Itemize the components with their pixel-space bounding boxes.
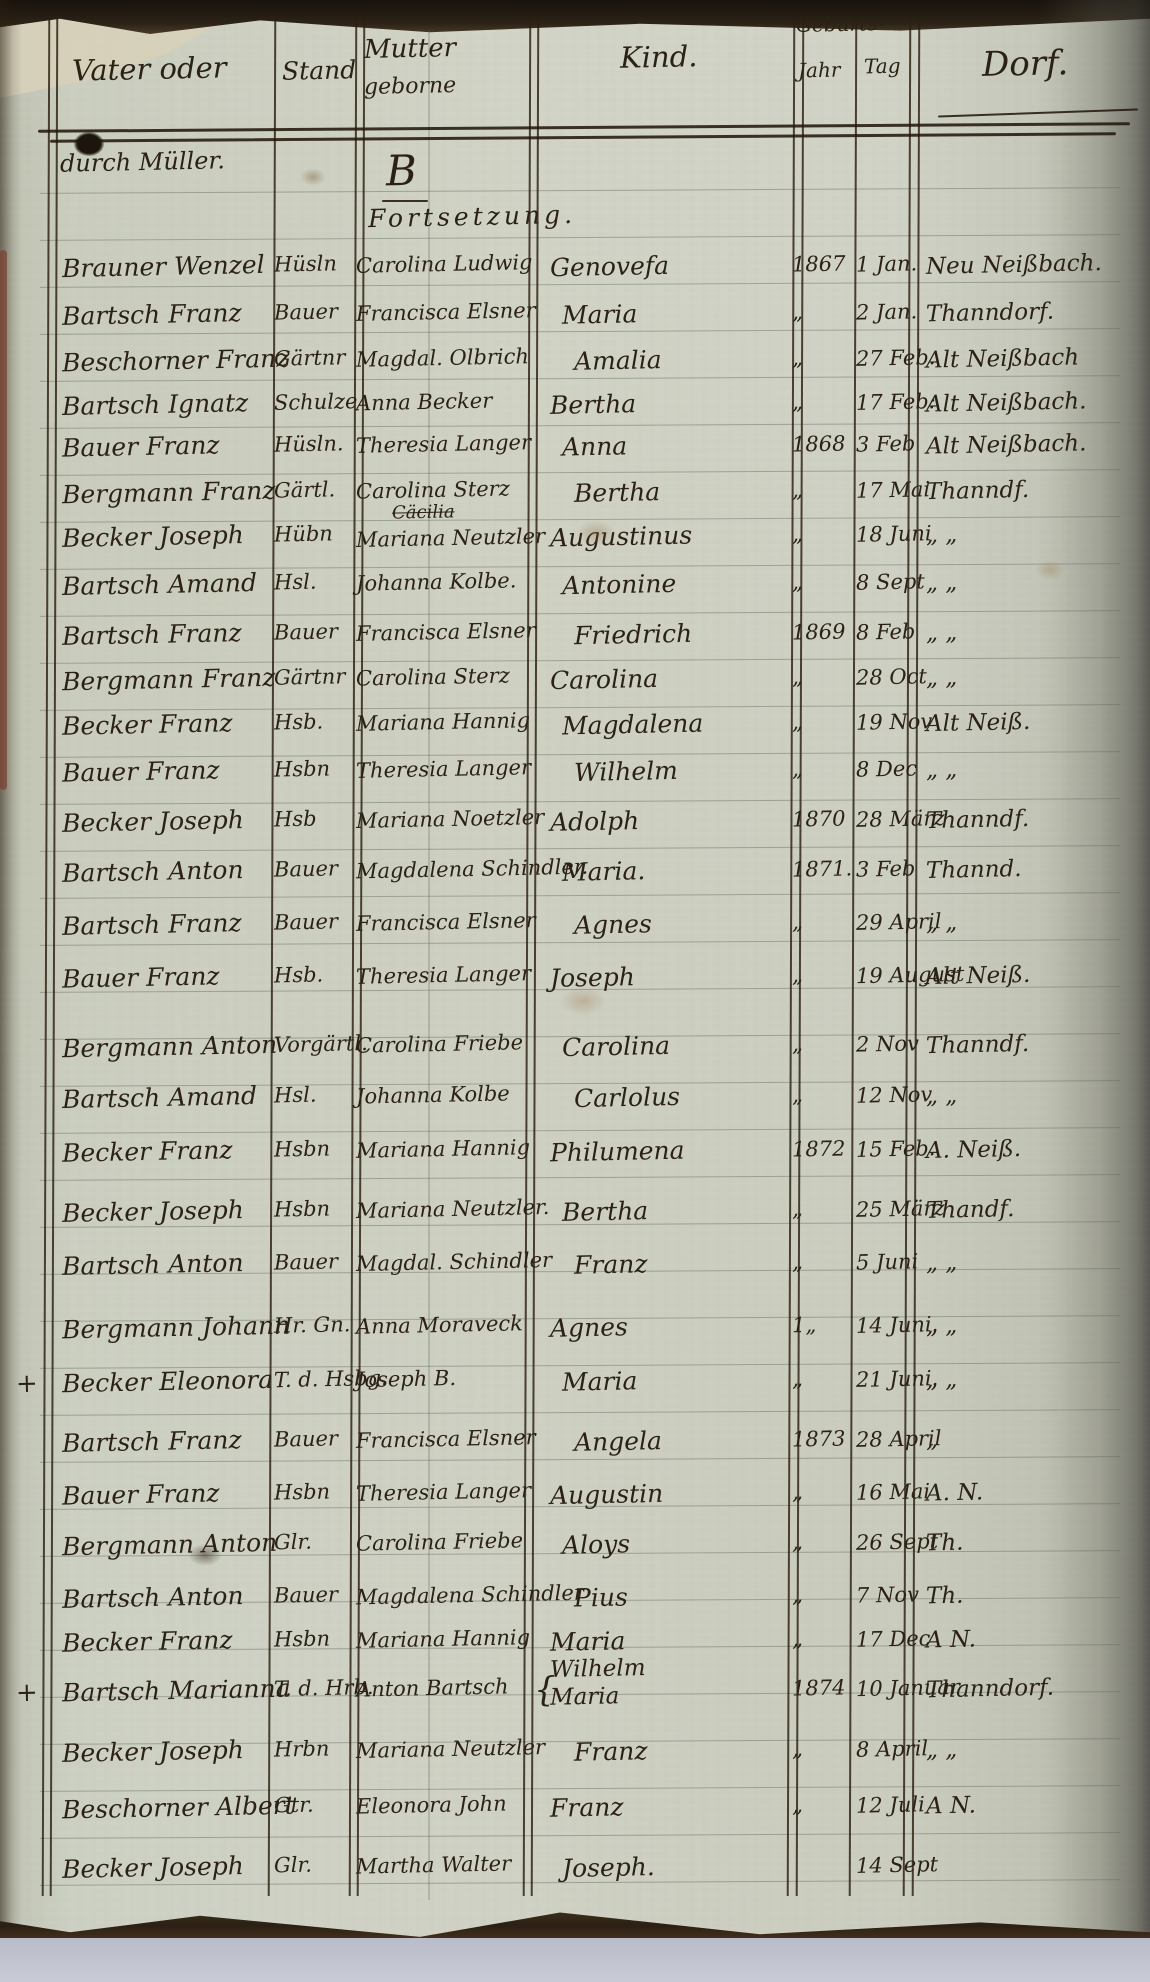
birth-year: 1870 — [792, 806, 846, 831]
village-name: Thanndorf. — [926, 299, 1055, 328]
mother-maiden-name: Theresia Langer — [356, 755, 531, 783]
birth-year: „ — [792, 1480, 803, 1504]
birth-year: „ — [792, 1197, 803, 1221]
mother-maiden-name: Francisca Elsner — [356, 298, 536, 326]
father-name: Becker Franz — [62, 1135, 233, 1168]
column-label-birth: Geburts- — [796, 11, 885, 37]
stand-abbreviation: Gärtnr — [274, 345, 346, 370]
village-name: A N. — [926, 1792, 976, 1819]
mother-maiden-name: Carolina Sterz — [356, 476, 510, 503]
father-name: Bartsch Franz — [62, 908, 242, 941]
stand-abbreviation: Bauer — [274, 299, 338, 324]
father-name: Bauer Franz — [62, 1478, 220, 1510]
stand-abbreviation: Vorgärtl. — [274, 1031, 368, 1057]
birth-year: „ — [792, 1627, 803, 1651]
child-name: Maria — [562, 299, 638, 330]
birth-year: „ — [792, 1250, 803, 1274]
birth-day: 19 Nov — [856, 709, 933, 735]
village-name: Neu Neißbach. — [926, 250, 1102, 280]
village-name: „ „ — [926, 1083, 958, 1110]
village-name: Thanndf. — [926, 806, 1030, 834]
father-name: Becker Joseph — [62, 1735, 244, 1768]
mother-name-struck: Cäcilia — [392, 501, 455, 523]
village-name: Alt Neiß. — [926, 962, 1031, 990]
mother-maiden-name: Mariana Hannig — [356, 708, 531, 736]
stand-abbreviation: Gärtl. — [274, 477, 336, 502]
birth-day: 27 Feb. — [856, 345, 936, 371]
birth-year: 1867 — [792, 251, 846, 276]
village-name: Th. — [926, 1530, 964, 1557]
column-label-father: Vater oder — [72, 50, 227, 87]
stand-abbreviation: Hsbn — [274, 1626, 331, 1651]
birth-year: 1874 — [792, 1675, 846, 1700]
father-name: Bartsch Ignatz — [62, 388, 249, 421]
birth-day: 3 Feb — [856, 856, 916, 881]
birth-year: „ — [792, 1032, 803, 1056]
father-name: Becker Eleonora — [62, 1365, 274, 1398]
child-name: Agnes — [574, 909, 652, 940]
child-name: Anna — [562, 431, 628, 461]
child-name: Bertha — [562, 1196, 649, 1227]
village-name: Thandf. — [926, 1196, 1015, 1224]
birth-day: 28 Oct — [856, 664, 927, 689]
village-name: „ „ — [926, 1367, 958, 1394]
village-name: Alt Neißbach. — [926, 430, 1087, 459]
birth-day: 8 Dec — [856, 756, 918, 781]
mother-maiden-name: Mariana Hannig — [356, 1135, 531, 1163]
mother-maiden-name: Anna Moraveck — [356, 1311, 523, 1338]
column-label-day: Tag — [864, 54, 901, 79]
child-name: Joseph. — [562, 1852, 655, 1883]
mother-maiden-name: Francisca Elsner — [356, 908, 536, 936]
child-name: Genovefa — [550, 251, 670, 282]
mother-maiden-name: Francisca Elsner — [356, 618, 536, 646]
village-name: A. Neiß. — [926, 1136, 1022, 1164]
father-name: Becker Joseph — [62, 805, 244, 838]
mother-maiden-name: Mariana Hannig — [356, 1625, 531, 1653]
stand-abbreviation: Hsbn — [274, 1479, 331, 1504]
child-name: Carolina — [562, 1031, 671, 1062]
stand-abbreviation: Hsbn — [274, 756, 331, 781]
column-label-year: Jahr — [798, 58, 841, 83]
mother-maiden-name: Mariana Neutzler — [356, 1735, 545, 1763]
birth-year: 1872 — [792, 1136, 846, 1161]
child-name: Maria — [562, 1366, 638, 1397]
village-name: Th. — [926, 1583, 964, 1610]
mother-maiden-name: Theresia Langer — [356, 1478, 531, 1506]
mother-maiden-name: Johanna Kolbe — [356, 1081, 510, 1108]
village-name: „ „ — [926, 1250, 958, 1277]
stand-abbreviation: Hsb. — [274, 709, 324, 734]
village-name: „ „ — [926, 1737, 958, 1764]
mother-maiden-name: Mariana Noetzler — [356, 805, 545, 833]
child-name: Agnes — [550, 1312, 628, 1343]
mother-maiden-name: Joseph B. — [356, 1366, 457, 1392]
child-name: Maria — [550, 1626, 626, 1657]
father-name: Bergmann Anton — [62, 1030, 278, 1064]
father-name: Becker Joseph — [62, 1195, 244, 1228]
father-name: Beschorner Franz — [62, 344, 290, 378]
village-name: Thannd. — [926, 856, 1022, 884]
child-name: Franz — [574, 1249, 648, 1280]
child-name: Philumena — [550, 1136, 685, 1168]
stand-abbreviation: Hübn — [274, 521, 333, 546]
father-name: Brauner Wenzel — [62, 250, 265, 283]
father-name: Bergmann Anton — [62, 1528, 278, 1562]
spine-red-streak — [0, 250, 7, 790]
stand-abbreviation: Bauer — [274, 856, 338, 881]
father-name: Bauer Franz — [62, 961, 220, 993]
child-name: Bertha — [550, 389, 637, 420]
stand-abbreviation: Hsb. — [274, 962, 324, 987]
birth-year: „ — [792, 522, 803, 546]
village-name: Alt Neißbach. — [926, 388, 1087, 417]
birth-day: 8 April — [856, 1736, 929, 1762]
stand-abbreviation: Bauer — [274, 1582, 338, 1607]
father-name: Bergmann Franz — [62, 476, 276, 509]
birth-year: 1871. — [792, 856, 853, 881]
birth-day: 12 Juli — [856, 1792, 925, 1817]
father-name: Bartsch Anton — [62, 1581, 244, 1614]
child-name: Adolph — [550, 806, 640, 837]
village-name: „ „ — [926, 522, 958, 549]
column-label-mother: Mutter — [364, 33, 457, 65]
desk-surface — [0, 1938, 1150, 1982]
column-label-village: Dorf. — [982, 43, 1069, 85]
mother-maiden-name: Carolina Ludwig — [356, 250, 533, 278]
birth-year: „ — [792, 1793, 803, 1817]
birth-year: 1868 — [792, 431, 846, 456]
mother-maiden-name: Carolina Sterz — [356, 663, 510, 690]
birth-year: „ — [792, 1367, 803, 1391]
stand-abbreviation: Hüsln — [274, 251, 337, 276]
father-name: Becker Joseph — [62, 1851, 244, 1884]
birth-day: 14 Sept — [856, 1852, 939, 1878]
stand-abbreviation: Hüsln. — [274, 431, 344, 456]
birth-year: 1„ — [792, 1313, 817, 1338]
father-name: Bartsch Franz — [62, 298, 242, 331]
child-name: Bertha — [574, 477, 661, 508]
child-name: Friedrich — [574, 619, 693, 650]
father-name: Bartsch Anton — [62, 855, 244, 888]
father-name: Bauer Franz — [62, 430, 220, 462]
birth-day: 2 Nov — [856, 1031, 919, 1056]
child-name: Angela — [574, 1426, 662, 1457]
mother-maiden-name: Carolina Friebe — [356, 1528, 524, 1555]
village-name: „ „ — [926, 570, 958, 597]
father-name: Bauer Franz — [62, 755, 220, 787]
birth-day: 7 Nov — [856, 1582, 919, 1607]
child-name: Franz — [550, 1792, 624, 1823]
birth-day: 3 Feb — [856, 431, 916, 456]
birth-day: 8 Sept — [856, 569, 925, 594]
birth-day: 17 Feb: — [856, 389, 936, 415]
birth-day: 17 Dec — [856, 1626, 931, 1652]
village-name: „ — [926, 1427, 938, 1453]
mother-maiden-name: Magdal. Olbrich — [356, 344, 529, 372]
section-continuation: Fortsetzung. — [368, 200, 577, 233]
birth-year: 1869 — [792, 619, 846, 644]
village-name: „ „ — [926, 1313, 958, 1340]
birth-year: „ — [792, 757, 803, 781]
ink-blot — [74, 132, 104, 156]
village-name: A N. — [926, 1626, 976, 1653]
father-name: Beschorner Albert — [62, 1791, 295, 1825]
father-name: Bartsch Amand — [62, 1081, 257, 1114]
birth-year: 1873 — [792, 1426, 846, 1451]
stand-abbreviation: Gtr. — [274, 1793, 314, 1818]
birth-year: „ — [792, 390, 803, 414]
mother-maiden-name: Johanna Kolbe. — [356, 568, 517, 595]
father-name: Becker Franz — [62, 708, 233, 741]
mother-maiden-name: Anton Bartsch — [356, 1674, 509, 1701]
margin-cross-mark: + — [16, 1369, 38, 1399]
father-name: Bartsch Amand — [62, 568, 257, 601]
child-name: Pius — [574, 1582, 628, 1612]
stand-abbreviation: Schulze — [274, 389, 358, 415]
stand-abbreviation: Bauer — [274, 909, 338, 934]
child-name: Magdalena — [562, 709, 704, 741]
mother-maiden-name: Martha Walter — [356, 1851, 512, 1878]
birth-day: 15 Feb. — [856, 1136, 936, 1162]
father-name: Bergmann Franz — [62, 663, 276, 696]
birth-day: 8 Feb — [856, 619, 916, 644]
birth-year: „ — [792, 710, 803, 734]
village-name: „ „ — [926, 620, 958, 647]
stand-abbreviation: Glr. — [274, 1530, 312, 1555]
village-name: Alt Neiß. — [926, 709, 1031, 737]
mother-maiden-name: Francisca Elsner — [356, 1425, 536, 1453]
mother-maiden-name: Eleonora John — [356, 1791, 507, 1818]
mother-maiden-name: Theresia Langer — [356, 961, 531, 989]
column-label-mother-geborne: geborne — [364, 73, 457, 100]
stand-abbreviation: Hrbn — [274, 1736, 330, 1761]
child-name: Aloys — [562, 1529, 631, 1559]
section-letter: B — [385, 146, 417, 196]
child-name: Amalia — [574, 345, 662, 376]
father-name: Becker Franz — [62, 1625, 233, 1658]
mother-maiden-name: Anna Becker — [356, 389, 493, 416]
column-label-stand: Stand — [282, 55, 357, 86]
village-name: „ „ — [926, 910, 958, 937]
birth-day: 2 Jan. — [856, 299, 918, 324]
birth-year: „ — [792, 1530, 803, 1554]
village-name: Thanndorf. — [926, 1675, 1055, 1704]
child-name: Carolina — [550, 664, 659, 695]
birth-day: 1 Jan. — [856, 251, 918, 276]
birth-year: „ — [792, 665, 803, 689]
birth-year: „ — [792, 910, 803, 934]
father-name: Bartsch Marianna — [62, 1674, 291, 1708]
birth-day: 18 Juni — [856, 521, 932, 547]
birth-year: „ — [792, 478, 803, 502]
mother-maiden-name: Theresia Langer — [356, 430, 531, 458]
column-label-child: Kind. — [620, 39, 698, 75]
child-name: Maria. — [562, 856, 646, 887]
mother-maiden-name: Magdal. Schindler — [356, 1248, 553, 1276]
mother-maiden-name: Mariana Neutzler — [356, 524, 545, 552]
child-name: Augustinus — [550, 521, 693, 553]
stand-abbreviation: Hsbn — [274, 1196, 331, 1221]
child-name: Wilhelm — [574, 756, 678, 787]
stand-abbreviation: Hr. Gn. — [274, 1312, 351, 1338]
birth-day: 16 Mai — [856, 1479, 931, 1505]
father-name: Becker Joseph — [62, 520, 244, 553]
birth-day: 5 Juni — [856, 1249, 919, 1274]
child-name: Joseph — [550, 962, 635, 993]
child-name: Augustin — [550, 1479, 664, 1510]
father-name: Bartsch Franz — [62, 1425, 242, 1458]
stand-abbreviation: Gärtnr — [274, 664, 346, 689]
page-edge-right — [1038, 0, 1150, 1960]
child-name: Maria — [550, 1683, 620, 1710]
section-letter-underline — [382, 200, 428, 202]
birth-year: „ — [792, 1083, 803, 1107]
mother-maiden-name: Magdalena Schindler — [356, 1581, 584, 1610]
village-name: A. N. — [926, 1479, 984, 1506]
stand-abbreviation: Bauer — [274, 1426, 338, 1451]
stand-abbreviation: Hsl. — [274, 570, 317, 595]
birth-year: „ — [792, 570, 803, 594]
child-name: Carlolus — [574, 1082, 681, 1113]
birth-year: „ — [792, 1737, 803, 1761]
stand-abbreviation: Hsl. — [274, 1083, 317, 1108]
child-name: Wilhelm — [550, 1655, 646, 1683]
birth-year: „ — [792, 346, 803, 370]
village-name: „ „ — [926, 757, 958, 784]
mother-maiden-name: Carolina Friebe — [356, 1030, 524, 1057]
father-name: Bartsch Anton — [62, 1248, 244, 1281]
village-name: Thanndf. — [926, 1031, 1030, 1059]
child-name: Franz — [574, 1736, 648, 1767]
stand-abbreviation: Glr. — [274, 1853, 312, 1878]
village-name: „ „ — [926, 665, 958, 692]
stand-abbreviation: Bauer — [274, 1249, 338, 1274]
stand-abbreviation: Bauer — [274, 619, 338, 644]
birth-year: „ — [792, 1583, 803, 1607]
mother-maiden-name: Magdalena Schindler. — [356, 855, 589, 884]
father-name: Bergmann Johann — [62, 1311, 291, 1345]
birth-year: „ — [792, 963, 803, 987]
mother-maiden-name: Mariana Neutzler. — [356, 1195, 550, 1223]
stand-abbreviation: Hsb — [274, 807, 317, 832]
village-name: Alt Neißbach — [926, 344, 1080, 373]
birth-year: „ — [792, 300, 803, 324]
birth-day: 17 Mai — [856, 477, 931, 503]
father-name: Bartsch Franz — [62, 618, 242, 651]
birth-day: 12 Nov — [856, 1082, 933, 1108]
register-page: Vater oder Stand Mutter geborne Kind. Ge… — [0, 0, 1150, 1982]
village-name: Thanndf. — [926, 477, 1030, 505]
stand-abbreviation: Hsbn — [274, 1136, 331, 1161]
child-name: Antonine — [562, 569, 677, 600]
margin-cross-mark: + — [16, 1678, 38, 1708]
